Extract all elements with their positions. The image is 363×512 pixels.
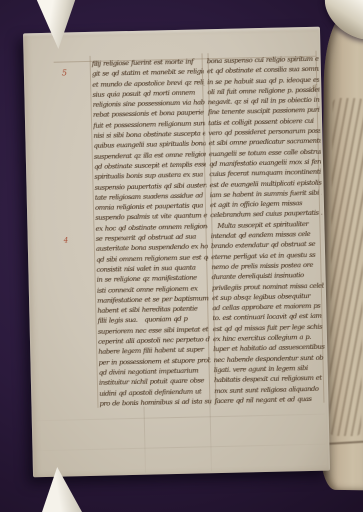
rubric-margin-mark: 4 (64, 236, 69, 244)
horizontal-crease (36, 414, 325, 422)
manuscript-photo: 5 4 ſſ filij religiose fuerint est morte… (0, 0, 363, 512)
showthrough-text-lines (329, 98, 363, 436)
text-column-left: filij religiose fuerint est morte infgit… (92, 56, 212, 409)
text-column-right: bona suspenso cui religio spiritum estet… (207, 54, 327, 407)
manuscript-text-line: pro de bonis hominibus si ad ista sunt (99, 396, 211, 409)
rubric-margin-mark: 5 (62, 68, 67, 77)
manuscript-page: 5 4 ſſ filij religiose fuerint est morte… (23, 27, 330, 478)
book-edge-shadow (315, 478, 363, 512)
vertical-crease (209, 405, 211, 471)
horizontal-crease (36, 444, 325, 452)
vertical-crease (144, 407, 146, 473)
manuscript-text-line: facere qd nil negant et ad quas (214, 393, 326, 406)
